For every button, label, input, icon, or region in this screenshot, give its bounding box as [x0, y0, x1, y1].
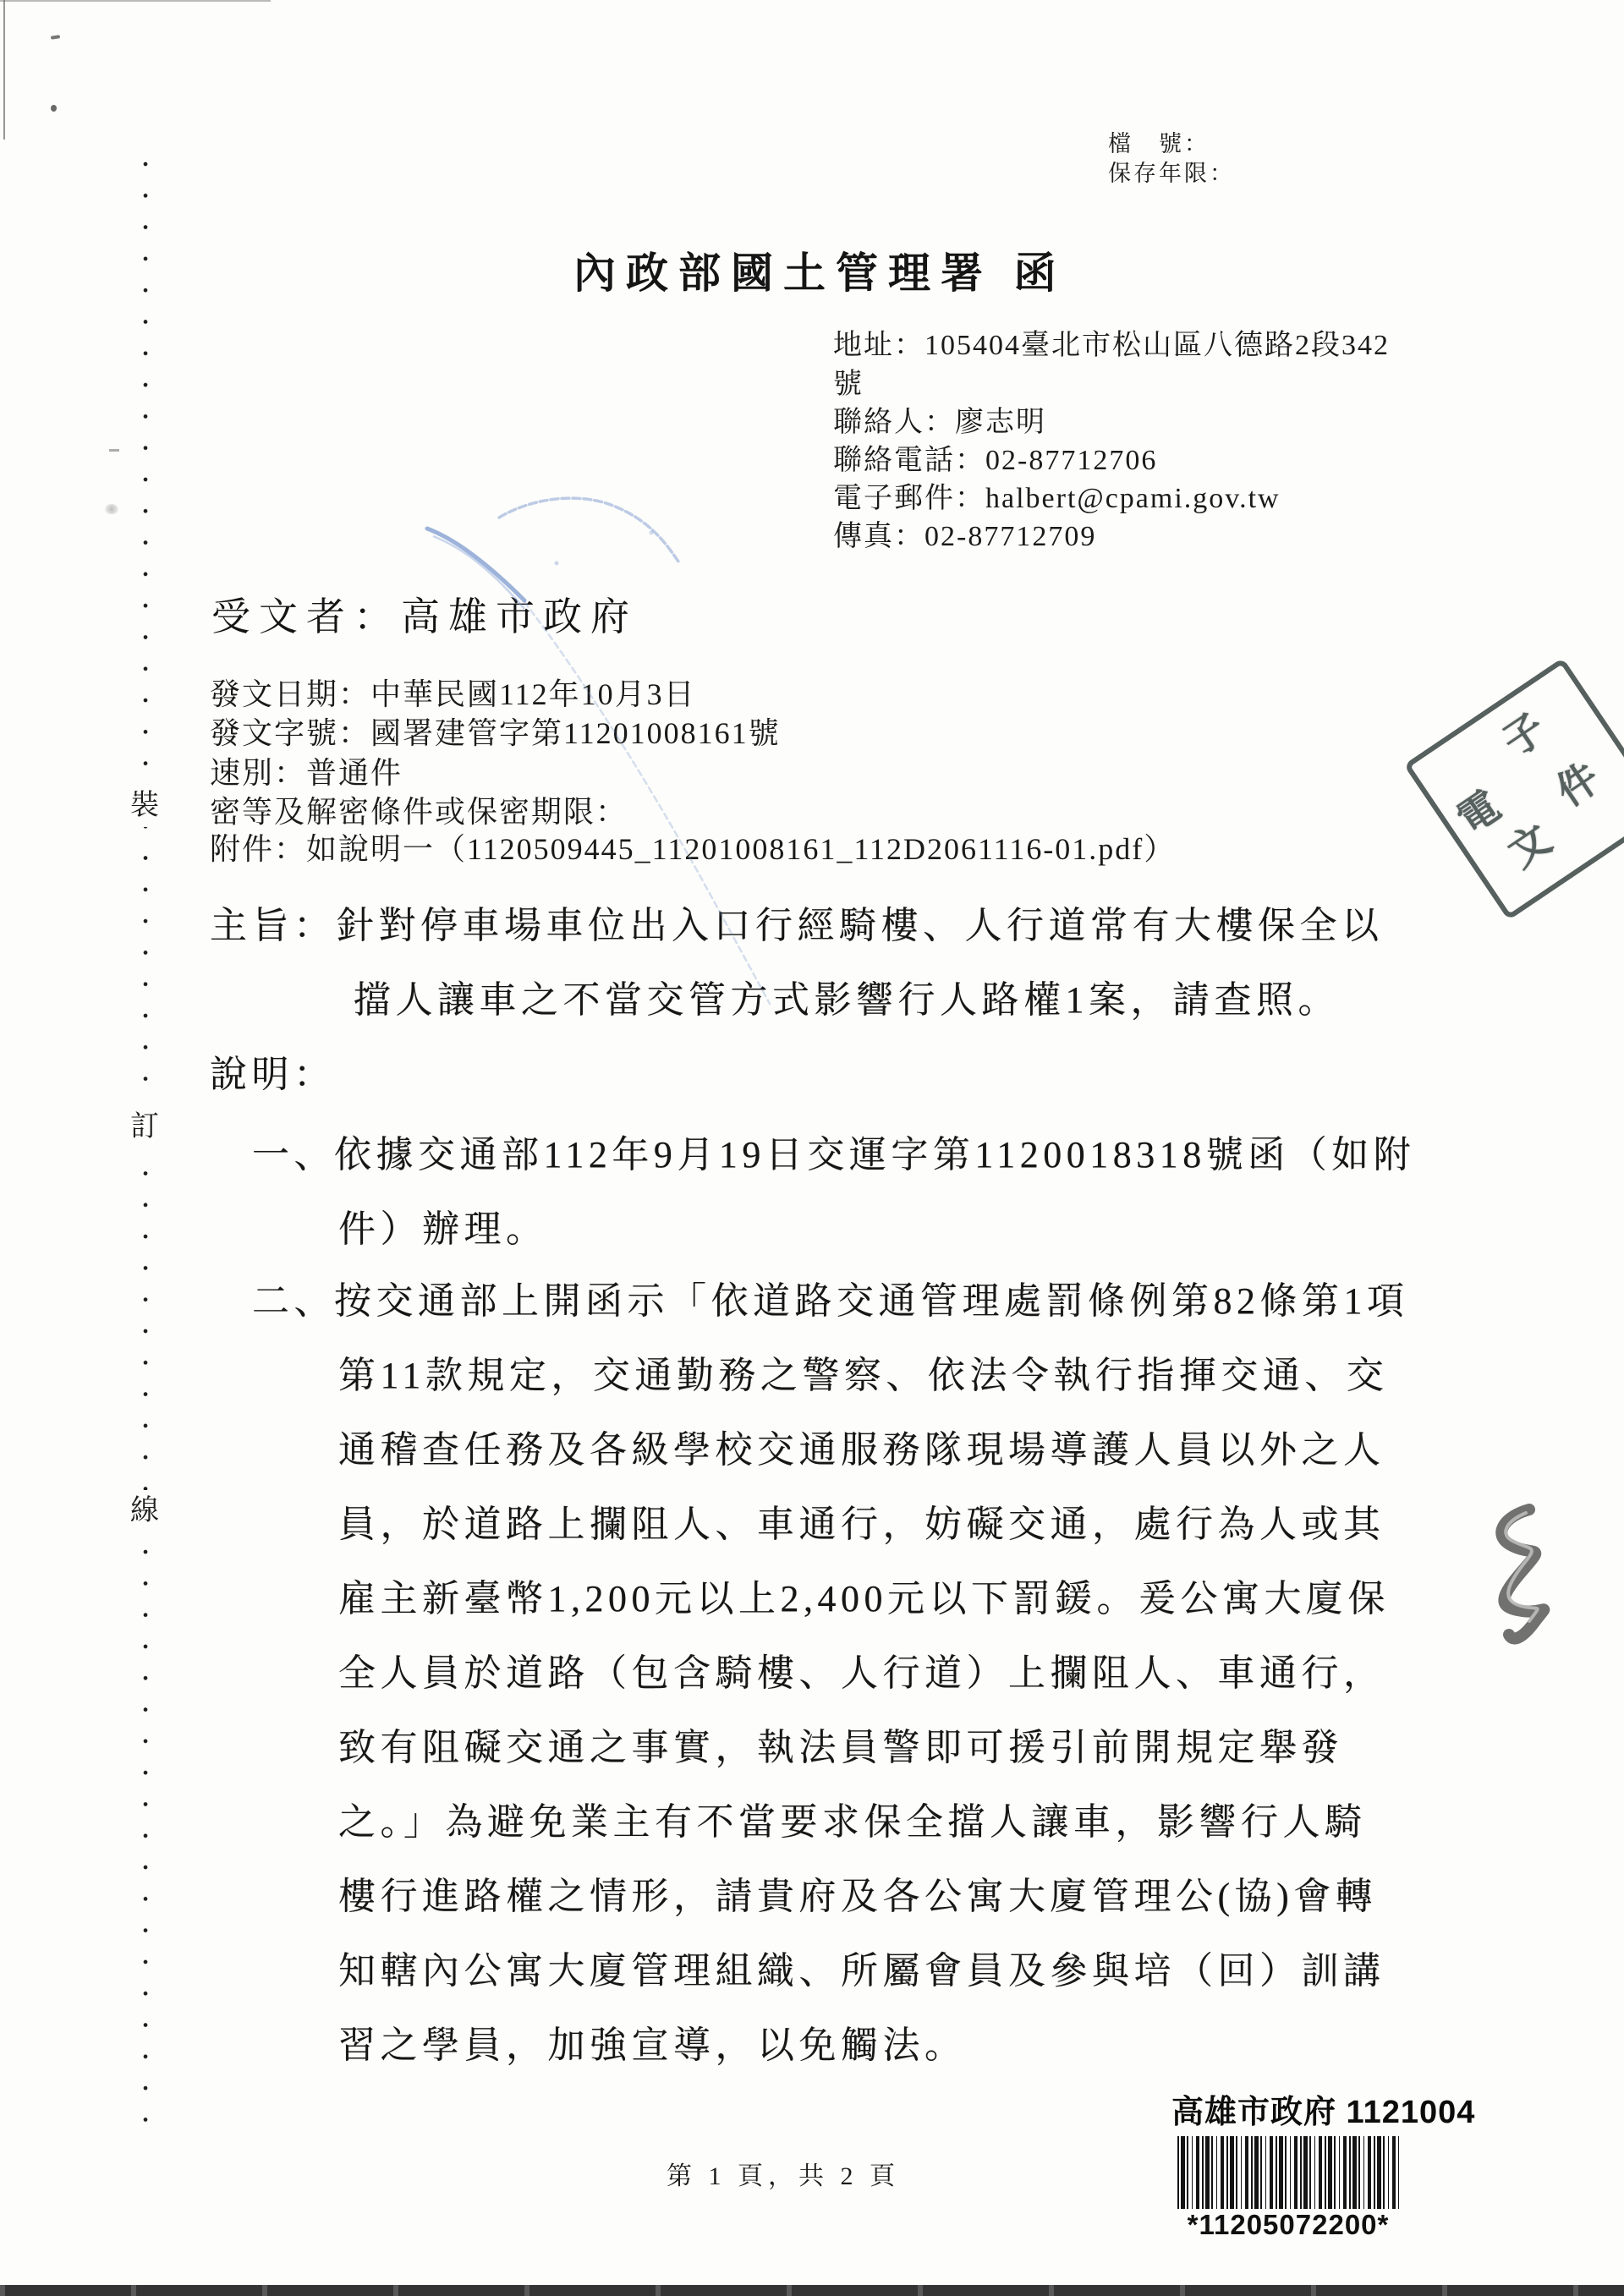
- item2-number: 二、: [252, 1270, 336, 1324]
- sender-fax: 傳真：02-87712709: [833, 512, 1096, 554]
- sender-address-line2: 號: [833, 360, 864, 402]
- scanned-official-letter-page: { "doc": { "header": { "file_no": "檔 號："…: [0, 0, 1624, 2296]
- item2-line: 雇主新臺幣1,200元以上2,400元以下罰鍰。爰公寓大廈保: [338, 1568, 1390, 1622]
- sender-phone: 聯絡電話：02-87712706: [833, 436, 1157, 478]
- file-number-label: 檔 號：: [1108, 125, 1210, 158]
- item2-line: 通稽查任務及各級學校交通服務隊現場導護人員以外之人: [338, 1419, 1385, 1473]
- item2-line: 員，於道路上攔阻人、車通行，妨礙交通，處行為人或其: [338, 1493, 1385, 1548]
- retention-period-label: 保存年限：: [1108, 155, 1235, 188]
- ink-smudge-mark-icon: [1472, 1501, 1569, 1649]
- item2-line: 第11款規定，交通勤務之警察、依法令執行指揮交通、交: [338, 1345, 1388, 1399]
- scan-speck-1: [51, 35, 60, 39]
- sender-email: 電子郵件：halbert@cpami.gov.tw: [833, 474, 1281, 516]
- item2-line: 按交通部上開函示「依道路交通管理處罰條例第82條第1項: [334, 1270, 1409, 1324]
- item2-line: 致有阻礙交通之事實，執法員警即可援引前開規定舉發: [338, 1717, 1343, 1771]
- item2-line: 樓行進路權之情形，請貴府及各公寓大廈管理公(協)會轉: [338, 1866, 1377, 1920]
- scan-smudge-left: [105, 504, 118, 514]
- item2-line: 知轄內公寓大廈管理組織、所屬會員及參與培（回）訓講: [338, 1940, 1385, 1994]
- item2-line: 全人員於道路（包含騎樓、人行道）上攔阻人、車通行，: [338, 1642, 1385, 1696]
- scan-speck-3: [109, 449, 119, 452]
- item2-line: 習之學員，加強宣導，以免觸法。: [338, 2014, 967, 2069]
- item1-line: 件）辦理。: [338, 1198, 548, 1252]
- item1-line: 依據交通部112年9月19日交運字第1120018318號函（如附: [334, 1124, 1415, 1178]
- speed-class: 速別：普通件: [210, 749, 403, 792]
- electronic-exchange-stamp-icon: 電 子 文 件: [1403, 658, 1624, 921]
- sender-address-line1: 地址：105404臺北市松山區八德路2段342: [833, 321, 1390, 363]
- receiving-agency-stamp: 高雄市政府 1121004: [1171, 2085, 1475, 2132]
- document-title: 內政部國土管理署 函: [573, 239, 1067, 300]
- barcode-text: *11205072200*: [1177, 2209, 1399, 2241]
- estamp-char: 子: [1490, 697, 1555, 768]
- scan-edge-top: [0, 0, 271, 2]
- binding-mark-ding: 訂: [129, 1106, 161, 1148]
- scan-edge-bottom: [0, 2285, 1624, 2296]
- barcode: [1177, 2136, 1399, 2209]
- item2-line: 之。」為避免業主有不當要求保全擋人讓車，影響行人騎: [338, 1791, 1367, 1845]
- sender-contact-person: 聯絡人：廖志明: [833, 398, 1046, 440]
- estamp-char: 件: [1543, 746, 1609, 817]
- page-number-info: 第 1 頁，共 2 頁: [667, 2155, 900, 2192]
- blue-pen-scribble: [398, 482, 871, 1023]
- binding-mark-zhuang: 裝: [129, 785, 161, 827]
- scan-speck-2: [51, 105, 57, 112]
- item1-number: 一、: [252, 1124, 336, 1178]
- binding-mark-xian: 線: [129, 1490, 161, 1532]
- scan-edge-left: [3, 0, 5, 140]
- explanation-label: 說明：: [210, 1044, 336, 1098]
- subject-label: 主旨：: [210, 895, 336, 949]
